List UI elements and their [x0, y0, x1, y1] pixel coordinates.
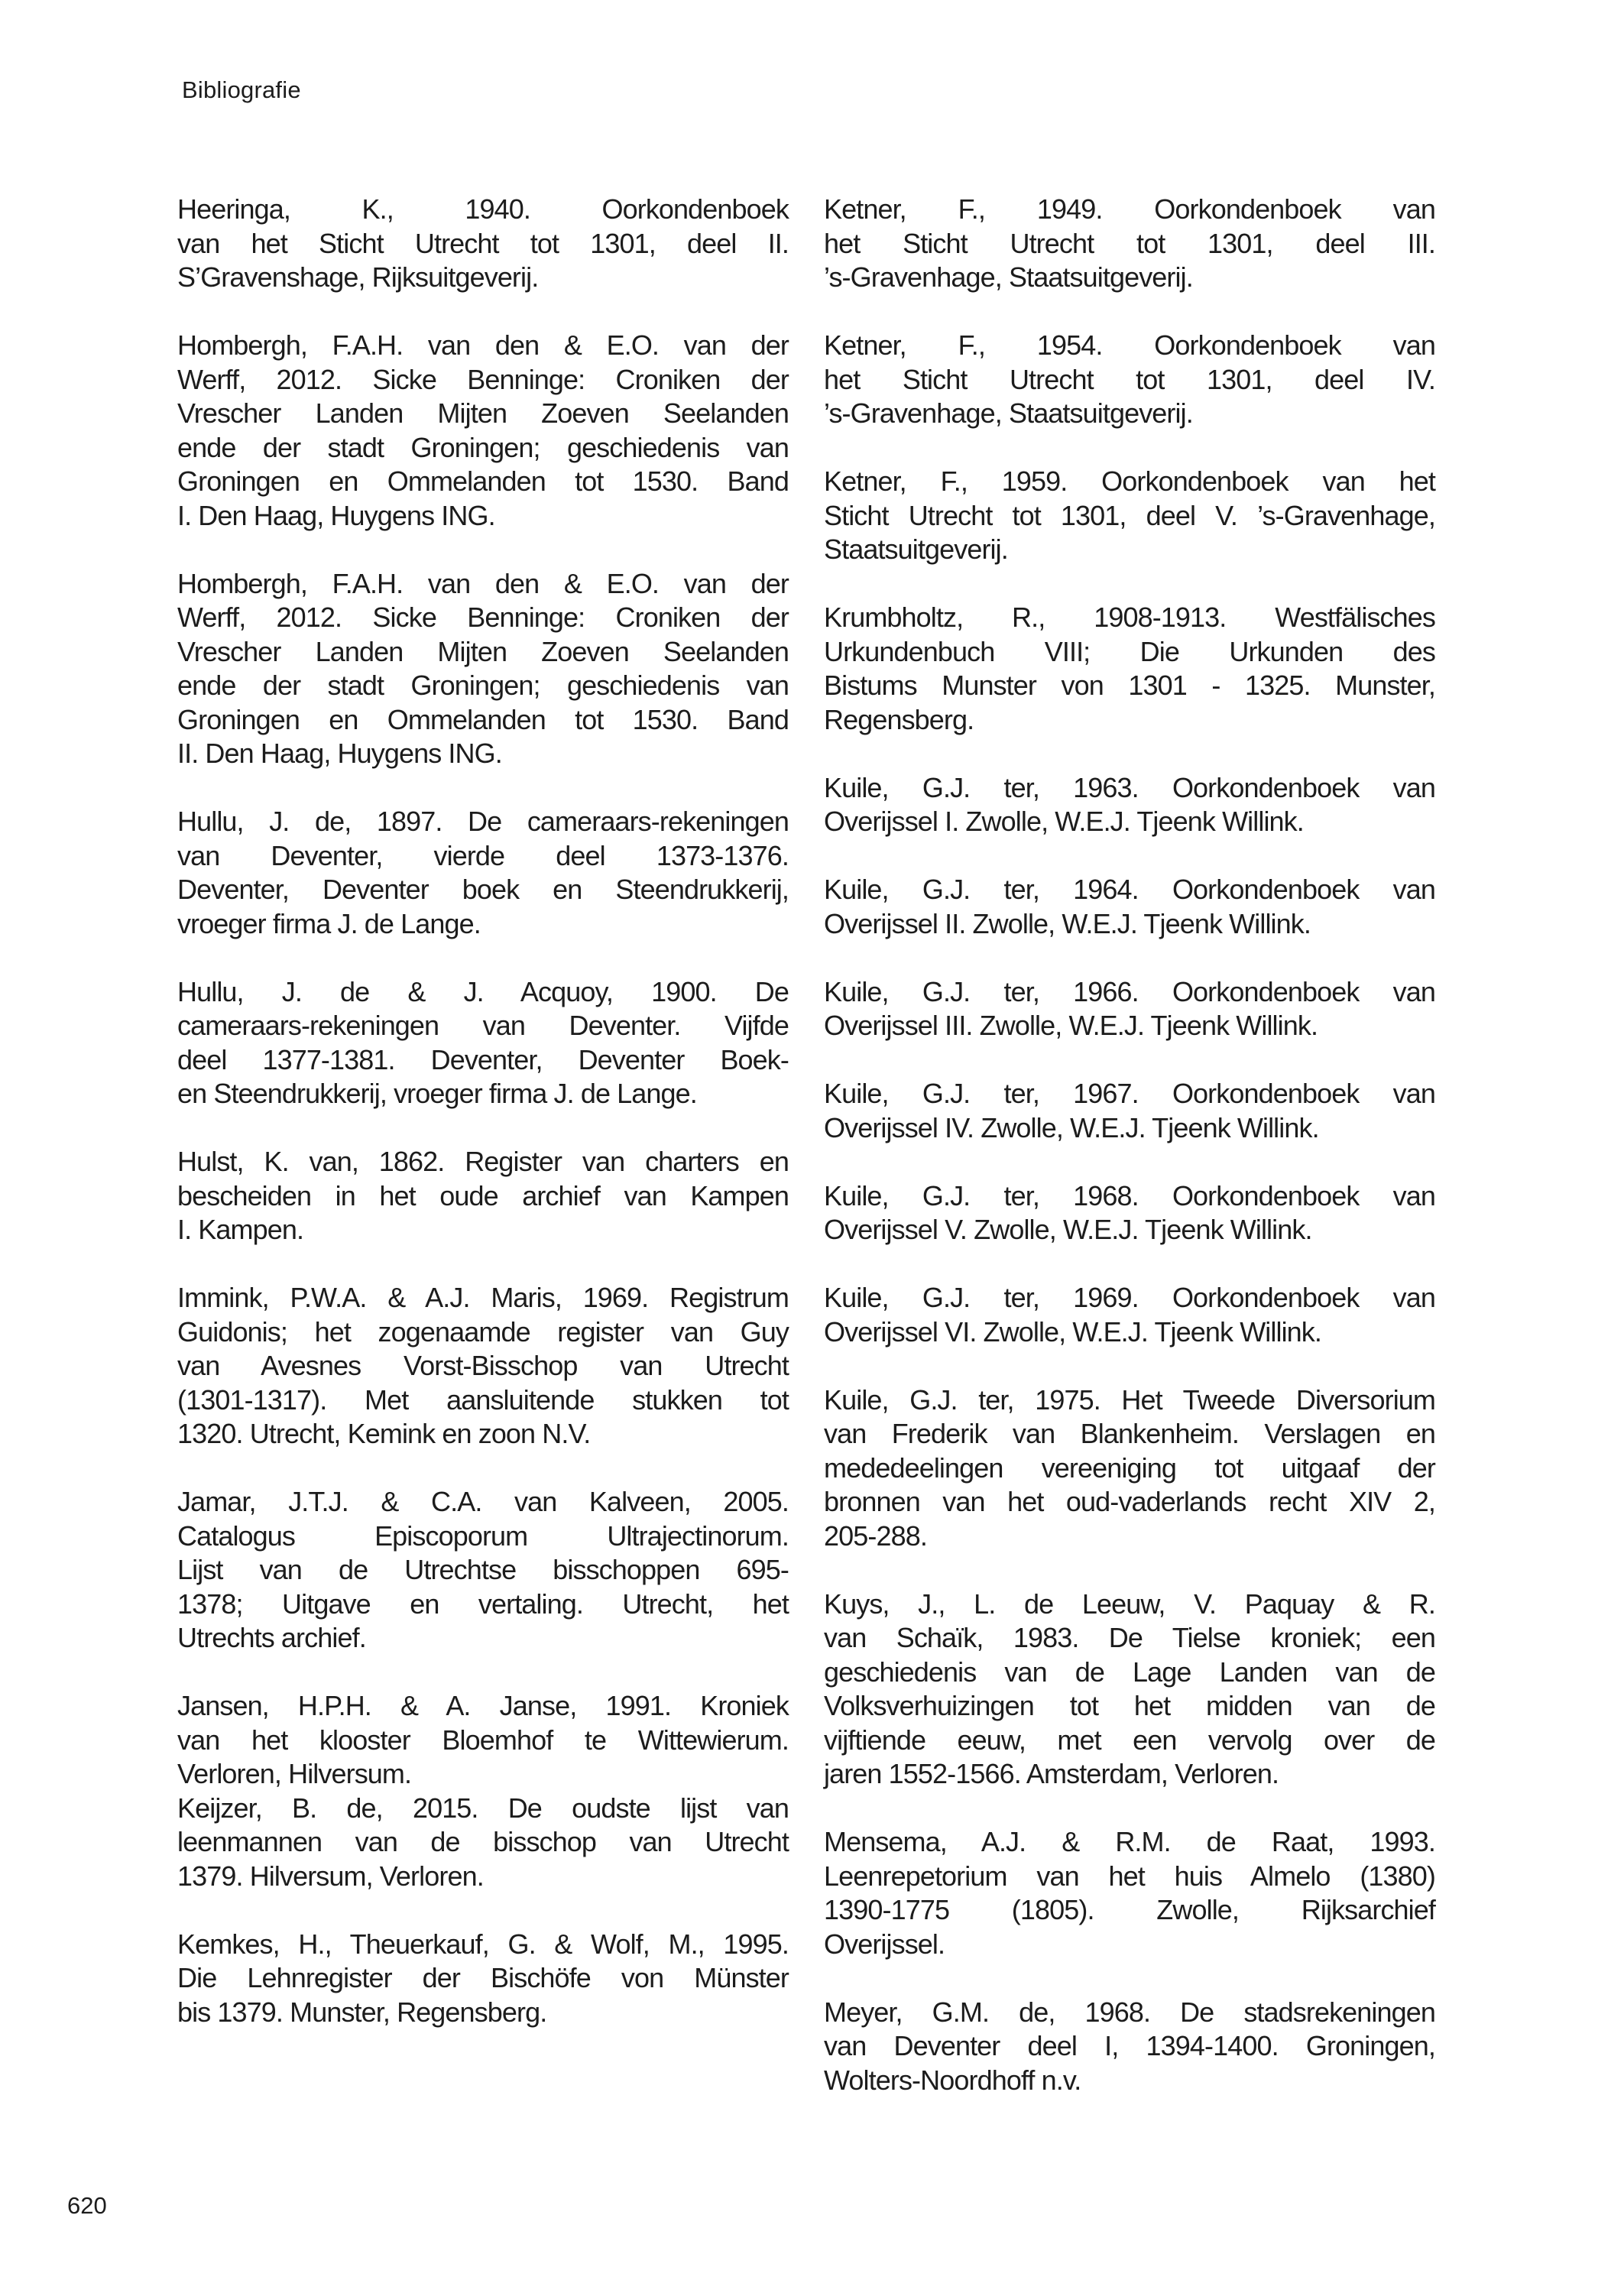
entry-line: Groningen en Ommelanden tot 1530. Band: [177, 703, 789, 738]
entry-line: en Steendrukkerij, vroeger firma J. de L…: [177, 1077, 789, 1111]
entry-line: 1379. Hilversum, Verloren.: [177, 1860, 789, 1894]
entry-line: Werff, 2012. Sicke Benninge: Croniken de…: [177, 363, 789, 397]
entry-line: ende der stadt Groningen; geschiedenis v…: [177, 669, 789, 703]
entry-line: Hombergh, F.A.H. van den & E.O. van der: [177, 329, 789, 363]
bibliography-entry: Hullu, J. de, 1897. De cameraars-rekenin…: [177, 805, 789, 941]
entry-line: Kuile, G.J. ter, 1968. Oorkondenboek van: [824, 1179, 1435, 1214]
bibliography-column-right: Ketner, F., 1949. Oorkondenboek vanhet S…: [824, 193, 1435, 2132]
entry-line: Vrescher Landen Mijten Zoeven Seelanden: [177, 397, 789, 431]
bibliography-column-left: Heeringa, K., 1940. Oorkondenboekvan het…: [177, 193, 789, 2064]
bibliography-entry: Hombergh, F.A.H. van den & E.O. van derW…: [177, 567, 789, 771]
entry-line: Staatsuitgeverij.: [824, 533, 1435, 567]
entry-line: Kuile, G.J. ter, 1963. Oorkondenboek van: [824, 771, 1435, 806]
bibliography-entry: Immink, P.W.A. & A.J. Maris, 1969. Regis…: [177, 1281, 789, 1451]
entry-line: Kuile, G.J. ter, 1969. Oorkondenboek van: [824, 1281, 1435, 1315]
entry-line: Kuys, J., L. de Leeuw, V. Paquay & R.: [824, 1588, 1435, 1622]
bibliography-entry: Kuile, G.J. ter, 1963. Oorkondenboek van…: [824, 771, 1435, 839]
entry-line: mededeelingen vereeniging tot uitgaaf de…: [824, 1451, 1435, 1486]
bibliography-entry: Mensema, A.J. & R.M. de Raat, 1993.Leenr…: [824, 1825, 1435, 1961]
bibliography-entry: Jansen, H.P.H. & A. Janse, 1991. Kroniek…: [177, 1689, 789, 1792]
entry-line: Sticht Utrecht tot 1301, deel V. ’s-Grav…: [824, 499, 1435, 534]
entry-line: Hulst, K. van, 1862. Register van charte…: [177, 1145, 789, 1179]
bibliography-entry: Keijzer, B. de, 2015. De oudste lijst va…: [177, 1792, 789, 1894]
bibliography-entry: Ketner, F., 1949. Oorkondenboek vanhet S…: [824, 193, 1435, 295]
entry-line: Heeringa, K., 1940. Oorkondenboek: [177, 193, 789, 227]
entry-line: Jansen, H.P.H. & A. Janse, 1991. Kroniek: [177, 1689, 789, 1724]
bibliography-entry: Hombergh, F.A.H. van den & E.O. van derW…: [177, 329, 789, 533]
entry-line: cameraars-rekeningen van Deventer. Vijfd…: [177, 1009, 789, 1043]
entry-line: I. Kampen.: [177, 1213, 789, 1247]
entry-line: Catalogus Episcoporum Ultrajectinorum.: [177, 1519, 789, 1554]
entry-line: Kuile, G.J. ter, 1975. Het Tweede Divers…: [824, 1383, 1435, 1418]
running-head: Bibliografie: [182, 76, 301, 104]
entry-line: Kemkes, H., Theuerkauf, G. & Wolf, M., 1…: [177, 1928, 789, 1962]
entry-line: Meyer, G.M. de, 1968. De stadsrekeningen: [824, 1996, 1435, 2030]
bibliography-entry: Kuile, G.J. ter, 1966. Oorkondenboek van…: [824, 975, 1435, 1043]
entry-line: Mensema, A.J. & R.M. de Raat, 1993.: [824, 1825, 1435, 1860]
entry-line: van Frederik van Blankenheim. Verslagen …: [824, 1417, 1435, 1451]
bibliography-entry: Kuys, J., L. de Leeuw, V. Paquay & R.van…: [824, 1588, 1435, 1792]
entry-line: vroeger firma J. de Lange.: [177, 907, 789, 942]
entry-line: leenmannen van de bisschop van Utrecht: [177, 1825, 789, 1860]
entry-line: Werff, 2012. Sicke Benninge: Croniken de…: [177, 601, 789, 635]
entry-line: Overijssel III. Zwolle, W.E.J. Tjeenk Wi…: [824, 1009, 1435, 1043]
entry-line: van Avesnes Vorst-Bisschop van Utrecht: [177, 1349, 789, 1383]
entry-line: 1390-1775 (1805). Zwolle, Rijksarchief: [824, 1893, 1435, 1928]
entry-line: Overijssel II. Zwolle, W.E.J. Tjeenk Wil…: [824, 907, 1435, 942]
entry-line: Kuile, G.J. ter, 1966. Oorkondenboek van: [824, 975, 1435, 1010]
bibliography-entry: Kuile, G.J. ter, 1968. Oorkondenboek van…: [824, 1179, 1435, 1247]
bibliography-entry: Kuile, G.J. ter, 1967. Oorkondenboek van…: [824, 1077, 1435, 1145]
bibliography-entry: Krumbholtz, R., 1908-1913. Westfälisches…: [824, 601, 1435, 737]
entry-line: Immink, P.W.A. & A.J. Maris, 1969. Regis…: [177, 1281, 789, 1315]
entry-line: II. Den Haag, Huygens ING.: [177, 737, 789, 771]
entry-line: Guidonis; het zogenaamde register van Gu…: [177, 1315, 789, 1350]
entry-line: Die Lehnregister der Bischöfe von Münste…: [177, 1961, 789, 1996]
bibliography-entry: Heeringa, K., 1940. Oorkondenboekvan het…: [177, 193, 789, 295]
entry-line: Overijssel IV. Zwolle, W.E.J. Tjeenk Wil…: [824, 1111, 1435, 1146]
entry-line: Overijssel I. Zwolle, W.E.J. Tjeenk Will…: [824, 805, 1435, 839]
entry-line: Hombergh, F.A.H. van den & E.O. van der: [177, 567, 789, 602]
entry-line: (1301-1317). Met aansluitende stukken to…: [177, 1383, 789, 1418]
entry-line: Lijst van de Utrechtse bisschoppen 695-: [177, 1553, 789, 1588]
entry-line: van Deventer deel I, 1394-1400. Groninge…: [824, 2029, 1435, 2064]
page-number: 620: [67, 2192, 107, 2220]
entry-line: Bistums Munster von 1301 - 1325. Munster…: [824, 669, 1435, 703]
bibliography-entry: Kuile, G.J. ter, 1975. Het Tweede Divers…: [824, 1383, 1435, 1554]
entry-line: Overijssel VI. Zwolle, W.E.J. Tjeenk Wil…: [824, 1315, 1435, 1350]
entry-line: Hullu, J. de, 1897. De cameraars-rekenin…: [177, 805, 789, 839]
entry-line: bronnen van het oud-vaderlands recht XIV…: [824, 1485, 1435, 1519]
entry-line: van het Sticht Utrecht tot 1301, deel II…: [177, 227, 789, 261]
entry-line: Overijssel V. Zwolle, W.E.J. Tjeenk Will…: [824, 1213, 1435, 1247]
bibliography-entry: Hullu, J. de & J. Acquoy, 1900. Decamera…: [177, 975, 789, 1111]
entry-line: het Sticht Utrecht tot 1301, deel IV.: [824, 363, 1435, 397]
entry-line: 205-288.: [824, 1519, 1435, 1554]
entry-line: Utrechts archief.: [177, 1621, 789, 1656]
entry-line: het Sticht Utrecht tot 1301, deel III.: [824, 227, 1435, 261]
entry-line: van Deventer, vierde deel 1373-1376.: [177, 839, 789, 874]
entry-line: 1320. Utrecht, Kemink en zoon N.V.: [177, 1417, 789, 1451]
entry-line: Leenrepetorium van het huis Almelo (1380…: [824, 1860, 1435, 1894]
entry-line: ’s-Gravenhage, Staatsuitgeverij.: [824, 397, 1435, 431]
entry-line: geschiedenis van de Lage Landen van de: [824, 1656, 1435, 1690]
bibliography-entry: Meyer, G.M. de, 1968. De stadsrekeningen…: [824, 1996, 1435, 2098]
entry-line: S’Gravenshage, Rijksuitgeverij.: [177, 261, 789, 295]
entry-line: deel 1377-1381. Deventer, Deventer Boek-: [177, 1043, 789, 1078]
entry-line: ende der stadt Groningen; geschiedenis v…: [177, 431, 789, 465]
bibliography-entry: Ketner, F., 1954. Oorkondenboek vanhet S…: [824, 329, 1435, 431]
bibliography-entry: Kemkes, H., Theuerkauf, G. & Wolf, M., 1…: [177, 1928, 789, 2030]
bibliography-entry: Ketner, F., 1959. Oorkondenboek van hetS…: [824, 465, 1435, 567]
entry-line: Keijzer, B. de, 2015. De oudste lijst va…: [177, 1792, 789, 1826]
entry-line: Kuile, G.J. ter, 1967. Oorkondenboek van: [824, 1077, 1435, 1111]
entry-line: vijftiende eeuw, met een vervolg over de: [824, 1724, 1435, 1758]
entry-line: Urkundenbuch VIII; Die Urkunden des: [824, 635, 1435, 670]
entry-line: Deventer, Deventer boek en Steendrukkeri…: [177, 873, 789, 907]
entry-line: jaren 1552-1566. Amsterdam, Verloren.: [824, 1757, 1435, 1792]
entry-line: Groningen en Ommelanden tot 1530. Band: [177, 465, 789, 499]
bibliography-entry: Kuile, G.J. ter, 1969. Oorkondenboek van…: [824, 1281, 1435, 1349]
entry-line: Hullu, J. de & J. Acquoy, 1900. De: [177, 975, 789, 1010]
bibliography-entry: Hulst, K. van, 1862. Register van charte…: [177, 1145, 789, 1247]
entry-line: Ketner, F., 1954. Oorkondenboek van: [824, 329, 1435, 363]
entry-line: van Schaïk, 1983. De Tielse kroniek; een: [824, 1621, 1435, 1656]
entry-line: Vrescher Landen Mijten Zoeven Seelanden: [177, 635, 789, 670]
entry-line: Overijssel.: [824, 1928, 1435, 1962]
entry-line: Krumbholtz, R., 1908-1913. Westfälisches: [824, 601, 1435, 635]
entry-line: Jamar, J.T.J. & C.A. van Kalveen, 2005.: [177, 1485, 789, 1519]
entry-line: I. Den Haag, Huygens ING.: [177, 499, 789, 534]
entry-line: bis 1379. Munster, Regensberg.: [177, 1996, 789, 2030]
entry-line: Regensberg.: [824, 703, 1435, 738]
bibliography-entry: Kuile, G.J. ter, 1964. Oorkondenboek van…: [824, 873, 1435, 941]
entry-line: Ketner, F., 1949. Oorkondenboek van: [824, 193, 1435, 227]
entry-line: Volksverhuizingen tot het midden van de: [824, 1689, 1435, 1724]
entry-line: 1378; Uitgave en vertaling. Utrecht, het: [177, 1588, 789, 1622]
bibliography-entry: Jamar, J.T.J. & C.A. van Kalveen, 2005.C…: [177, 1485, 789, 1656]
entry-line: Kuile, G.J. ter, 1964. Oorkondenboek van: [824, 873, 1435, 907]
entry-line: Verloren, Hilversum.: [177, 1757, 789, 1792]
entry-line: bescheiden in het oude archief van Kampe…: [177, 1179, 789, 1214]
entry-line: Wolters-Noordhoff n.v.: [824, 2064, 1435, 2098]
entry-line: ’s-Gravenhage, Staatsuitgeverij.: [824, 261, 1435, 295]
entry-line: Ketner, F., 1959. Oorkondenboek van het: [824, 465, 1435, 499]
entry-line: van het klooster Bloemhof te Wittewierum…: [177, 1724, 789, 1758]
